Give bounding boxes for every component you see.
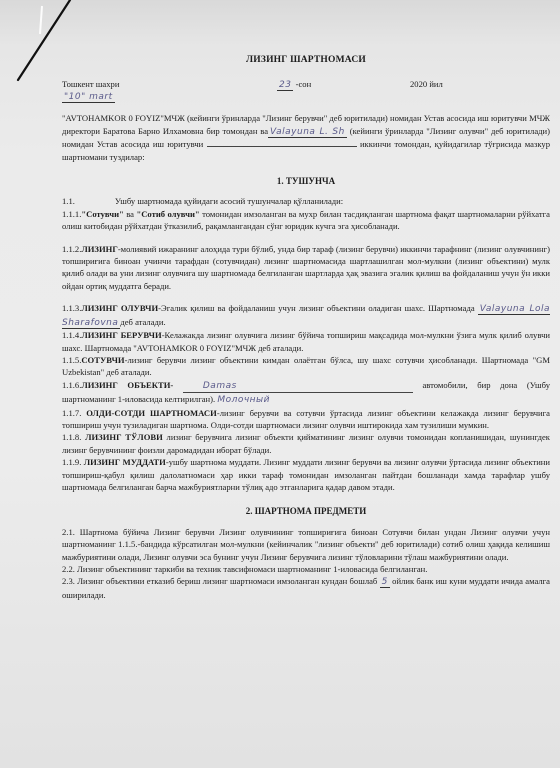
document-title: ЛИЗИНГ ШАРТНОМАСИ — [62, 54, 550, 66]
clause-number: 1.1.1. — [62, 209, 81, 219]
contract-date: "10" mart — [62, 90, 550, 104]
clause-text: -лизинг берувчи лизинг объектини кимдан … — [62, 355, 550, 377]
clause-text: -молиявий ижаранинг алоҳида тури бўлиб, … — [62, 244, 550, 291]
clause-1-1-3: 1.1.3.ЛИЗИНГ ОЛУВЧИ-Эгалик қилиш ва фойд… — [62, 302, 550, 329]
clause-text: Ушбу шартномада қуйидаги асосий тушунчал… — [115, 196, 343, 206]
clause-number: 1.1.7. — [62, 408, 81, 418]
vehicle-model-handwritten: Damas — [183, 380, 413, 393]
clause-number: 1.1.4. — [62, 330, 81, 340]
signatory-blank — [207, 138, 357, 147]
clause-number: 1.1.8. — [62, 432, 81, 442]
clause-text: -Эгалик қилиш ва фойдаланиш учун лизинг … — [158, 303, 475, 313]
term-purchase-contract: ОЛДИ-СОТДИ ШАРТНОМАСИ — [86, 408, 217, 418]
clause-text: автомобили, — [422, 380, 467, 390]
section-1-title: 1. ТУШУНЧА — [62, 175, 550, 187]
clause-1-1: 1.1.Ушбу шартномада қуйидаги асосий тушу… — [62, 195, 550, 207]
clause-2-2: 2.2. Лизинг объектининг таркиби ва техни… — [62, 563, 550, 575]
contract-header: Тошкент шахри 23 -сон 2020 йил — [62, 78, 550, 90]
document-page: ЛИЗИНГ ШАРТНОМАСИ Тошкент шахри 23 -сон … — [0, 0, 560, 768]
clause-number: 1.1.6. — [62, 380, 81, 390]
clause-1-1-1: 1.1.1."Сотувчи" ва "Сотиб олувчи" томони… — [62, 208, 550, 233]
clause-1-1-8: 1.1.8. ЛИЗИНГ ТЎЛОВИ лизинг берувчига ли… — [62, 431, 550, 456]
contract-body: ЛИЗИНГ ШАРТНОМАСИ Тошкент шахри 23 -сон … — [62, 54, 550, 601]
contract-number: 23 -сон — [277, 78, 311, 91]
clause-number: 1.1.3. — [62, 303, 81, 313]
contract-number-handwritten: 23 — [277, 80, 293, 91]
clause-2-3: 2.3. Лизинг объектини етказиб бериш лизи… — [62, 575, 550, 601]
term-lessor: ЛИЗИНГ БЕРУВЧИ — [81, 330, 161, 340]
term-seller: "Сотувчи" — [81, 209, 123, 219]
date-handwritten: "10" mart — [62, 92, 115, 103]
term-lessee: ЛИЗИНГ ОЛУВЧИ — [81, 303, 158, 313]
term-seller-def: СОТУВЧИ — [81, 355, 124, 365]
vehicle-color-handwritten: Молочный — [217, 395, 270, 405]
clause-1-1-6: 1.1.6.ЛИЗИНГ ОБЪЕКТИ- Damas автомобили, … — [62, 379, 550, 407]
term-buyer: "Сотиб олувчи" — [136, 209, 199, 219]
term-leasing-term: ЛИЗИНГ МУДДАТИ — [84, 457, 166, 467]
clause-1-1-7: 1.1.7. ОЛДИ-СОТДИ ШАРТНОМАСИ-лизинг беру… — [62, 407, 550, 432]
clause-number: 1.1.9. — [62, 457, 81, 467]
clause-1-1-9: 1.1.9. ЛИЗИНГ МУДДАТИ-ушбу шартнома мудд… — [62, 456, 550, 493]
clause-1-1-5: 1.1.5.СОТУВЧИ-лизинг берувчи лизинг объе… — [62, 354, 550, 379]
city-label: Тошкент шахри — [62, 78, 119, 90]
clause-number: 1.1.2. — [62, 244, 81, 254]
clause-number: 1.1. — [62, 196, 75, 206]
intro-va: ва — [260, 126, 268, 136]
clause-text: ва — [124, 209, 137, 219]
clause-text: деб аталади. — [120, 317, 165, 327]
intro-paragraph: "AVTOHAMKOR 0 FOYIZ"МЧЖ (кейинги ўринлар… — [62, 112, 550, 163]
clause-number: 1.1.5. — [62, 355, 81, 365]
contract-year: 2020 йил — [410, 78, 443, 90]
clause-text: 2.3. Лизинг объектини етказиб бериш лизи… — [62, 576, 377, 586]
clause-1-1-4: 1.1.4.ЛИЗИНГ БЕРУВЧИ-Келажакда лизинг ол… — [62, 329, 550, 354]
number-suffix: -сон — [293, 79, 311, 89]
clause-1-1-2: 1.1.2.ЛИЗИНГ-молиявий ижаранинг алоҳида … — [62, 243, 550, 293]
term-leasing-object: ЛИЗИНГ ОБЪЕКТИ- — [81, 380, 173, 390]
term-leasing: ЛИЗИНГ — [81, 244, 117, 254]
term-leasing-payment: ЛИЗИНГ ТЎЛОВИ — [85, 432, 163, 442]
clause-2-1: 2.1. Шартнома бўйича Лизинг берувчи Лизи… — [62, 526, 550, 563]
lessee-name-handwritten: Valayuna L. Sh — [268, 127, 347, 138]
section-2-title: 2. ШАРТНОМА ПРЕДМЕТИ — [62, 505, 550, 517]
delivery-months-handwritten: 5 — [380, 577, 390, 588]
